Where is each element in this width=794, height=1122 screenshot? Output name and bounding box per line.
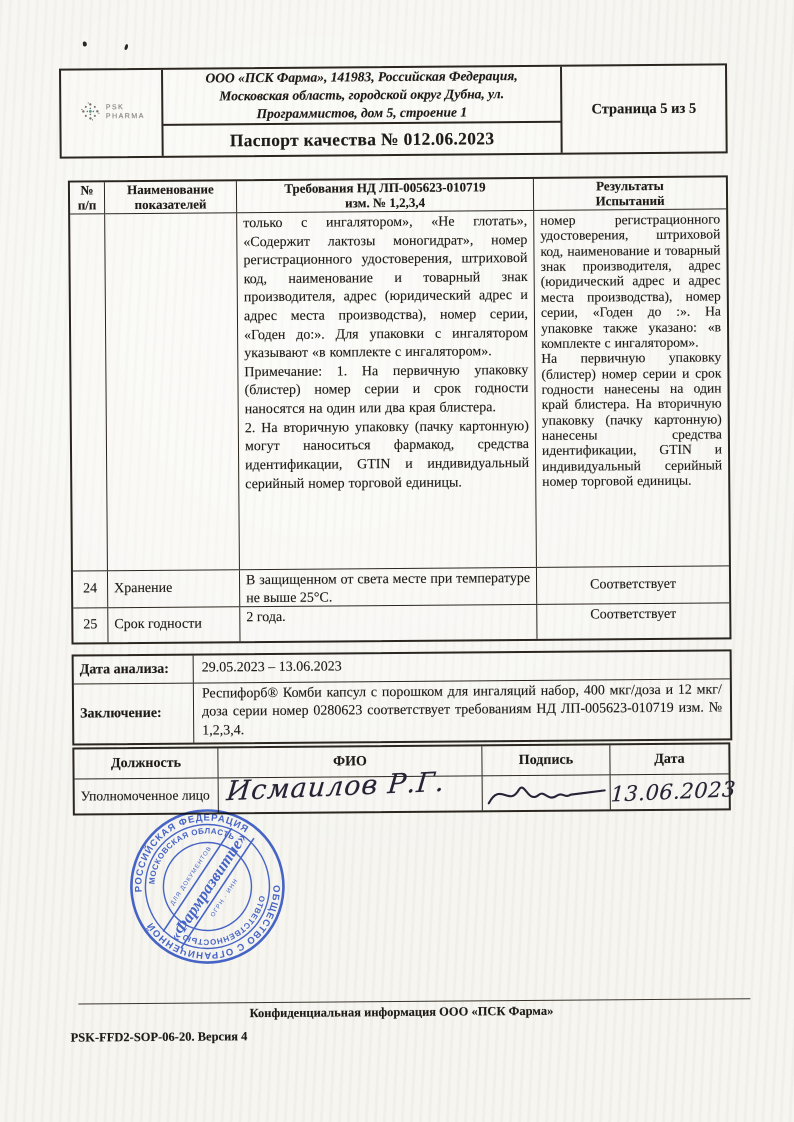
logo-text-psk: PSK	[106, 104, 145, 113]
col-header-name: Наименование показателей	[105, 181, 237, 213]
cell-num: 24	[73, 571, 108, 607]
cell-result: Соответствует	[537, 566, 729, 604]
page-indicator: Страница 5 из 5	[560, 65, 726, 152]
document-title: Паспорт качества № 012.06.2023	[163, 123, 560, 156]
col-header-position: Должность	[74, 748, 218, 778]
logo-text-pharma: PHARMA	[106, 113, 145, 122]
confidentiality-note: Конфиденциальная информация ООО «ПСК Фар…	[4, 1002, 794, 1023]
analysis-date-label: Дата анализа:	[74, 656, 194, 684]
cell-name: Срок годности	[108, 607, 240, 642]
conclusion-text: Респифорб® Комби капсул с порошком для и…	[194, 679, 730, 742]
col-header-num: № п/п	[70, 182, 105, 213]
col-header-requirements: Требования НД ЛП-005623-010719 изм. № 1,…	[237, 179, 534, 212]
cell-name	[105, 213, 240, 570]
analysis-date-value: 29.05.2023 – 13.06.2023	[194, 651, 730, 682]
cell-result: номер регистрационного удостоверения, шт…	[534, 209, 729, 566]
table-row: 25 Срок годности 2 года. Соответствует	[73, 603, 729, 642]
col-header-date: Дата	[610, 744, 728, 774]
cell-num	[70, 214, 108, 570]
signature-stroke-icon	[484, 776, 608, 809]
logo-cell: PSK PHARMA	[61, 70, 164, 157]
scanned-document-page: PSK PHARMA ООО «ПСК Фарма», 141983, Росс…	[0, 0, 794, 1122]
cell-requirement: только с ингалятором», «Не глотать», «Со…	[237, 211, 537, 569]
conclusion-label: Заключение:	[74, 684, 194, 744]
cell-requirement: В защищенном от света месте при температ…	[240, 568, 537, 606]
table-row: только с ингалятором», «Не глотать», «Со…	[70, 209, 729, 571]
col-header-signature: Подпись	[482, 745, 610, 775]
cell-requirement: 2 года.	[240, 605, 537, 641]
cell-result: Соответствует	[537, 603, 729, 639]
spec-table-header-row: № п/п Наименование показателей Требовани…	[70, 177, 726, 214]
date-handwritten: 13.06.2023	[611, 774, 737, 809]
company-address: ООО «ПСК Фарма», 141983, Российская Феде…	[163, 67, 560, 126]
handwritten-date: 13.06.2023	[610, 777, 737, 806]
document-header: PSK PHARMA ООО «ПСК Фарма», 141983, Росс…	[59, 63, 728, 158]
cell-name: Хранение	[108, 570, 240, 607]
scan-speck	[124, 44, 129, 51]
cell-num: 25	[73, 608, 108, 642]
conclusion-row: Заключение: Респифорб® Комби капсул с по…	[74, 679, 730, 743]
spec-table: № п/п Наименование показателей Требовани…	[68, 175, 732, 644]
document-code: PSK-FFD2-SOP-06-20. Версия 4	[71, 1029, 248, 1045]
psk-pharma-logo-icon	[78, 99, 102, 128]
signature-cell	[483, 775, 611, 810]
scan-speck	[83, 41, 87, 46]
company-stamp: РОССИЙСКАЯ ФЕДЕРАЦИЯ ОБЩЕСТВО С ОГРАНИЧЕ…	[105, 784, 309, 988]
col-header-results: Результаты Испытаний	[534, 177, 726, 210]
analysis-table: Дата анализа: 29.05.2023 – 13.06.2023 За…	[72, 649, 733, 745]
table-row: 24 Хранение В защищенном от света месте …	[73, 566, 729, 608]
